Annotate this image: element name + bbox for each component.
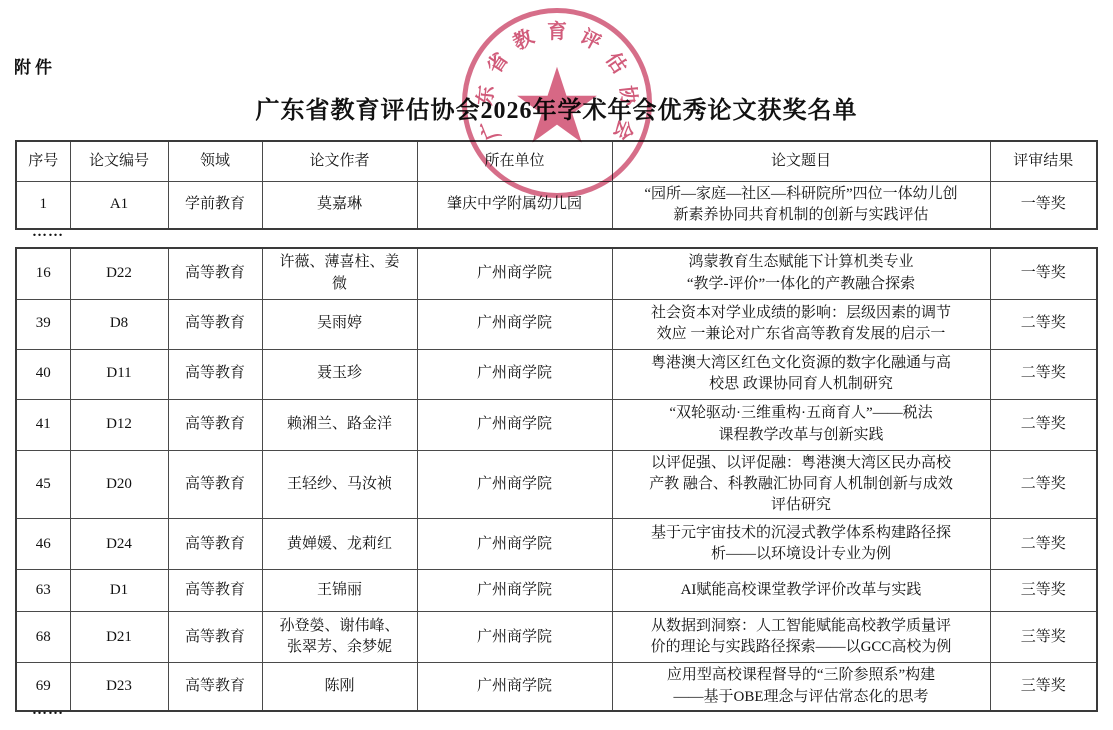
cell-serial: 39 [16, 299, 70, 349]
cell-institution: 广州商学院 [417, 519, 612, 570]
cell-field: 高等教育 [168, 663, 262, 711]
cell-result: 三等奖 [990, 570, 1097, 612]
cell-authors: 赖湘兰、路金洋 [262, 399, 417, 450]
cell-paper-title: 社会资本对学业成绩的影响：层级因素的调节 效应 一兼论对广东省高等教育发展的启示… [612, 299, 990, 349]
cell-field: 学前教育 [168, 181, 262, 229]
cell-field: 高等教育 [168, 349, 262, 399]
table-row: 39 D8 高等教育 吴雨婷 广州商学院 社会资本对学业成绩的影响：层级因素的调… [16, 299, 1097, 349]
column-header-authors: 论文作者 [262, 141, 417, 181]
cell-result: 二等奖 [990, 450, 1097, 519]
seal-ring-char: 省 [483, 48, 514, 79]
cell-paper-id: D1 [70, 570, 168, 612]
cell-paper-title: 鸿蒙教育生态赋能下计算机类专业 “教学-评价”一体化的产教融合探索 [612, 248, 990, 299]
cell-authors: 吴雨婷 [262, 299, 417, 349]
cell-result: 二等奖 [990, 519, 1097, 570]
cell-serial: 63 [16, 570, 70, 612]
cell-authors: 王锦丽 [262, 570, 417, 612]
cell-institution: 广州商学院 [417, 450, 612, 519]
cell-serial: 68 [16, 612, 70, 663]
cell-institution: 广州商学院 [417, 663, 612, 711]
column-header-paper-title: 论文题目 [612, 141, 990, 181]
cell-paper-id: D20 [70, 450, 168, 519]
ellipsis-separator: …… [32, 224, 64, 241]
cell-paper-id: D21 [70, 612, 168, 663]
table-row: 41 D12 高等教育 赖湘兰、路金洋 广州商学院 “双轮驱动·三维重构·五商育… [16, 399, 1097, 450]
cell-paper-title: “双轮驱动·三维重构·五商育人”——税法 课程教学改革与创新实践 [612, 399, 990, 450]
cell-authors: 陈刚 [262, 663, 417, 711]
cell-result: 一等奖 [990, 248, 1097, 299]
cell-result: 二等奖 [990, 299, 1097, 349]
cell-paper-title: 基于元宇宙技术的沉浸式教学体系构建路径探 析——以环境设计专业为例 [612, 519, 990, 570]
cell-field: 高等教育 [168, 570, 262, 612]
table-row: 68 D21 高等教育 孙登嫈、谢伟峰、 张翠芳、余梦妮 广州商学院 从数据到洞… [16, 612, 1097, 663]
seal-ring-char: 育 [546, 21, 568, 43]
cell-result: 一等奖 [990, 181, 1097, 229]
cell-field: 高等教育 [168, 450, 262, 519]
column-header-paper-id: 论文编号 [70, 141, 168, 181]
cell-paper-title: 应用型高校课程督导的“三阶参照系”构建 ——基于OBE理念与评估常态化的思考 [612, 663, 990, 711]
cell-institution: 广州商学院 [417, 299, 612, 349]
cell-authors: 聂玉珍 [262, 349, 417, 399]
cell-serial: 45 [16, 450, 70, 519]
cell-paper-id: D11 [70, 349, 168, 399]
cell-authors: 孙登嫈、谢伟峰、 张翠芳、余梦妮 [262, 612, 417, 663]
cell-serial: 1 [16, 181, 70, 229]
cell-result: 三等奖 [990, 663, 1097, 711]
cell-paper-title: 粤港澳大湾区红色文化资源的数字化融通与高 校思 政课协同育人机制研究 [612, 349, 990, 399]
seal-ring-char: 协 [616, 83, 640, 107]
cell-paper-title: 以评促强、以评促融：粤港澳大湾区民办高校 产教 融合、科教融汇协同育人机制创新与… [612, 450, 990, 519]
cell-field: 高等教育 [168, 399, 262, 450]
cell-field: 高等教育 [168, 612, 262, 663]
attachment-label: 附件 [14, 53, 56, 78]
cell-paper-id: D12 [70, 399, 168, 450]
ellipsis-separator: …… [32, 702, 64, 719]
cell-result: 二等奖 [990, 399, 1097, 450]
cell-serial: 41 [16, 399, 70, 450]
cell-serial: 16 [16, 248, 70, 299]
column-header-serial: 序号 [16, 141, 70, 181]
cell-paper-id: A1 [70, 181, 168, 229]
cell-authors: 黄婵媛、龙莉红 [262, 519, 417, 570]
table-row: 16 D22 高等教育 许薇、薄喜柱、姜 微 广州商学院 鸿蒙教育生态赋能下计算… [16, 248, 1097, 299]
table-row: 46 D24 高等教育 黄婵媛、龙莉红 广州商学院 基于元宇宙技术的沉浸式教学体… [16, 519, 1097, 570]
cell-institution: 广州商学院 [417, 612, 612, 663]
cell-institution: 广州商学院 [417, 399, 612, 450]
table-row: 63 D1 高等教育 王锦丽 广州商学院 AI赋能高校课堂教学评价改革与实践 三… [16, 570, 1097, 612]
cell-result: 二等奖 [990, 349, 1097, 399]
cell-field: 高等教育 [168, 299, 262, 349]
cell-paper-id: D23 [70, 663, 168, 711]
seal-ring-char: 估 [601, 48, 632, 79]
cell-result: 三等奖 [990, 612, 1097, 663]
star-icon: ★ [510, 54, 603, 158]
official-seal: ★ 广 东 省 教 育 评 估 协 会 [462, 8, 652, 198]
cell-serial: 40 [16, 349, 70, 399]
cell-field: 高等教育 [168, 519, 262, 570]
cell-authors: 莫嘉琳 [262, 181, 417, 229]
cell-authors: 许薇、薄喜柱、姜 微 [262, 248, 417, 299]
column-header-field: 领域 [168, 141, 262, 181]
cell-paper-id: D22 [70, 248, 168, 299]
cell-field: 高等教育 [168, 248, 262, 299]
cell-paper-title: AI赋能高校课堂教学评价改革与实践 [612, 570, 990, 612]
award-table-body-section: 16 D22 高等教育 许薇、薄喜柱、姜 微 广州商学院 鸿蒙教育生态赋能下计算… [15, 247, 1098, 712]
cell-paper-id: D8 [70, 299, 168, 349]
cell-institution: 广州商学院 [417, 349, 612, 399]
seal-ring-char: 会 [609, 115, 638, 144]
cell-serial: 46 [16, 519, 70, 570]
table-row: 45 D20 高等教育 王轻纱、马汝祯 广州商学院 以评促强、以评促融：粤港澳大… [16, 450, 1097, 519]
table-row: 69 D23 高等教育 陈刚 广州商学院 应用型高校课程督导的“三阶参照系”构建… [16, 663, 1097, 711]
cell-paper-id: D24 [70, 519, 168, 570]
seal-ring-char: 广 [477, 115, 506, 144]
cell-institution: 广州商学院 [417, 248, 612, 299]
column-header-result: 评审结果 [990, 141, 1097, 181]
cell-authors: 王轻纱、马汝祯 [262, 450, 417, 519]
table-row: 40 D11 高等教育 聂玉珍 广州商学院 粤港澳大湾区红色文化资源的数字化融通… [16, 349, 1097, 399]
cell-paper-title: “园所—家庭—社区—科研院所”四位一体幼儿创 新素养协同共育机制的创新与实践评估 [612, 181, 990, 229]
cell-paper-title: 从数据到洞察：人工智能赋能高校教学质量评 价的理论与实践路径探索——以GCC高校… [612, 612, 990, 663]
cell-institution: 广州商学院 [417, 570, 612, 612]
seal-ring-char: 东 [474, 83, 498, 107]
